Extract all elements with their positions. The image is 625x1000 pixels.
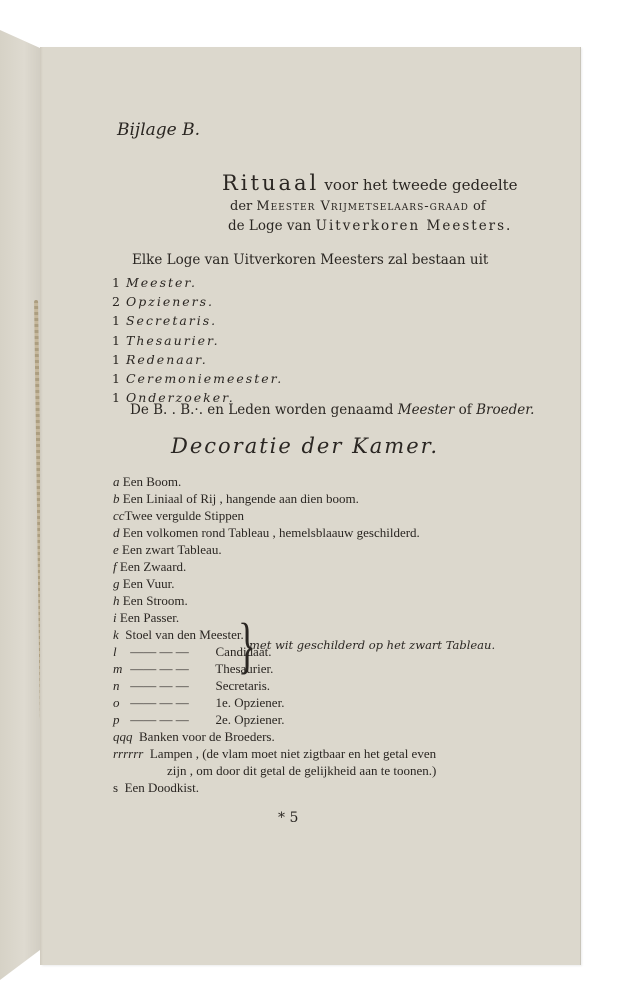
facing-page-edge bbox=[0, 30, 40, 980]
decoration-item: h Een Stroom. bbox=[113, 592, 436, 609]
page-title: Rituaal voor het tweede gedeelte bbox=[222, 171, 518, 195]
decoration-list: a Een Boom. b Een Liniaal of Rij , hange… bbox=[113, 473, 436, 796]
subtitle-prefix-2: de Loge van bbox=[228, 218, 311, 234]
decoration-item: rrrrrr Lampen , (de vlam moet niet zigtb… bbox=[113, 745, 436, 762]
decoration-item: e Een zwart Tableau. bbox=[113, 541, 436, 558]
member-row: 1 Ceremoniemeester. bbox=[112, 369, 283, 388]
subtitle-prefix: der bbox=[230, 199, 252, 214]
decoration-item: a Een Boom. bbox=[113, 473, 436, 490]
members-intro: Elke Loge van Uitverkoren Meesters zal b… bbox=[132, 252, 488, 268]
member-row: 1 Thesaurier. bbox=[112, 331, 283, 350]
subtitle-line-2: de Loge van Uitverkoren Meesters. bbox=[228, 218, 512, 234]
decoration-item-continuation: zijn , om door dit getal de gelijkheid a… bbox=[113, 762, 436, 779]
member-row: 1 Redenaar. bbox=[112, 350, 283, 369]
member-row: 1 Secretaris. bbox=[112, 311, 283, 330]
brace-note: met wit geschilderd op het zwart Tableau… bbox=[249, 638, 495, 652]
decoration-item: o —— — — 1e. Opziener. bbox=[113, 694, 436, 711]
appendix-label: Bijlage B. bbox=[117, 120, 200, 140]
section-title: Decoratie der Kamer. bbox=[171, 434, 439, 458]
subtitle-caps: Meester Vrijmetselaars-graad bbox=[256, 199, 468, 214]
subtitle-suffix: of bbox=[473, 199, 486, 214]
decoration-item: qqq Banken voor de Broeders. bbox=[113, 728, 436, 745]
subtitle-line-1: der Meester Vrijmetselaars-graad of bbox=[230, 199, 486, 214]
decoration-item: n —— — — Secretaris. bbox=[113, 677, 436, 694]
decoration-item: ccTwee vergulde Stippen bbox=[113, 507, 436, 524]
naming-note: De B. . B.·. en Leden worden genaamd Mee… bbox=[130, 402, 534, 418]
decoration-item: p —— — — 2e. Opziener. bbox=[113, 711, 436, 728]
member-row: 2 Opzieners. bbox=[112, 292, 283, 311]
decoration-item: b Een Liniaal of Rij , hangende aan dien… bbox=[113, 490, 436, 507]
decoration-item: i Een Passer. bbox=[113, 609, 436, 626]
title-word: Rituaal bbox=[222, 171, 319, 195]
subtitle-spaced: Uitverkoren Meesters. bbox=[316, 218, 513, 234]
title-rest: voor het tweede gedeelte bbox=[324, 176, 517, 194]
member-row: 1 Meester. bbox=[112, 273, 283, 292]
members-list: 1 Meester. 2 Opzieners. 1 Secretaris. 1 … bbox=[112, 273, 283, 407]
decoration-item: g Een Vuur. bbox=[113, 575, 436, 592]
document-page: Bijlage B. Rituaal voor het tweede gedee… bbox=[40, 47, 580, 965]
signature-mark: * 5 bbox=[278, 810, 298, 826]
decoration-item: s Een Doodkist. bbox=[113, 779, 436, 796]
decoration-item: d Een volkomen rond Tableau , hemelsblaa… bbox=[113, 524, 436, 541]
decoration-item: m —— — — Thesaurier. bbox=[113, 660, 436, 677]
decoration-item: f Een Zwaard. bbox=[113, 558, 436, 575]
